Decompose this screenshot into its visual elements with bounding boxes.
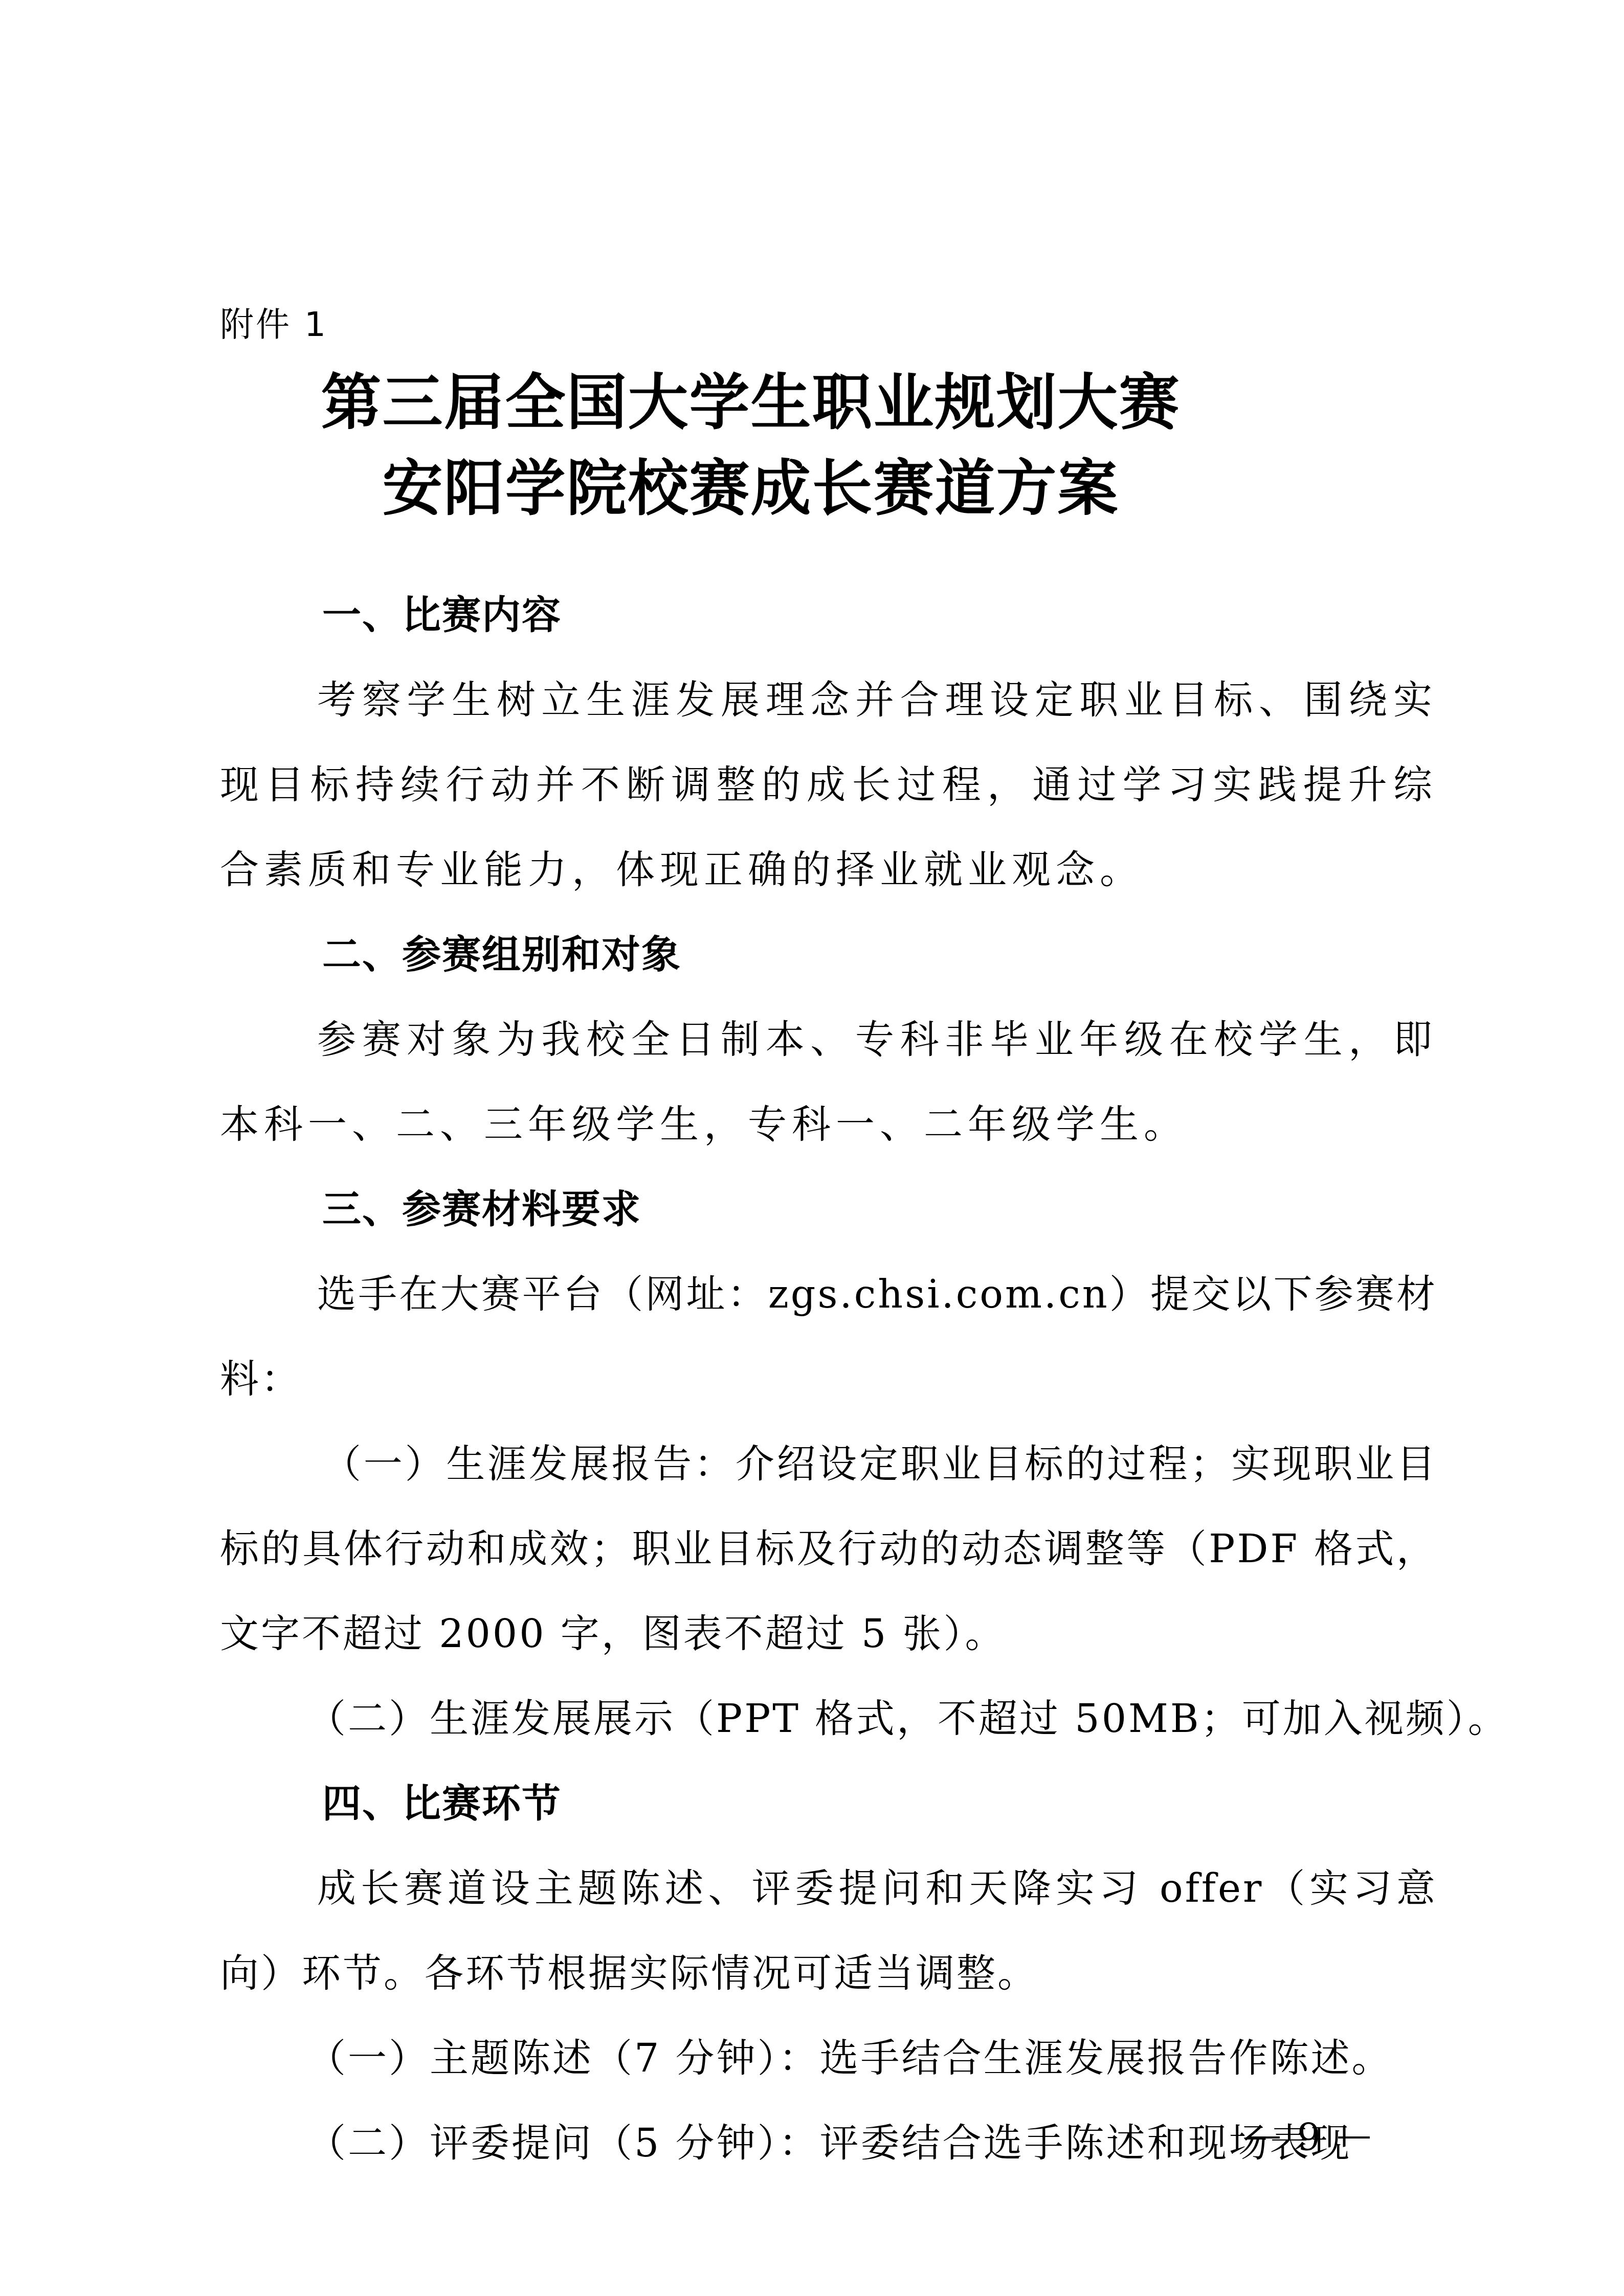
document-body: 一、比赛内容 考察学生树立生涯发展理念并合理设定职业目标、围绕实现目标持续行动并… (220, 573, 1437, 2186)
attachment-label: 附件 1 (220, 302, 328, 348)
page-number-value: 9 (1297, 2114, 1321, 2160)
section-paragraph: 选手在大赛平台（网址：zgs.chsi.com.cn）提交以下参赛材料： (220, 1252, 1437, 1422)
document-title-line-2: 安阳学院校赛成长赛道方案 (0, 450, 1563, 527)
material-item-report: （一）生涯发展报告：介绍设定职业目标的过程；实现职业目标的具体行动和成效；职业目… (220, 1422, 1437, 1676)
section-heading-materials: 三、参赛材料要求 (220, 1167, 1437, 1252)
page-number-dash-right (1338, 2136, 1370, 2139)
section-paragraph: 考察学生树立生涯发展理念并合理设定职业目标、围绕实现目标持续行动并不断调整的成长… (220, 658, 1437, 912)
page-number: 9 (1248, 2114, 1370, 2160)
document-page: 附件 1 第三届全国大学生职业规划大赛 安阳学院校赛成长赛道方案 一、比赛内容 … (0, 0, 1624, 2296)
page-number-dash-left (1248, 2136, 1280, 2139)
stage-item-presentation: （一）主题陈述（7 分钟）：选手结合生涯发展报告作陈述。 (220, 2016, 1437, 2101)
section-heading-groups: 二、参赛组别和对象 (220, 912, 1437, 997)
section-paragraph: 成长赛道设主题陈述、评委提问和天降实习 offer（实习意向）环节。各环节根据实… (220, 1846, 1437, 2016)
section-paragraph: 参赛对象为我校全日制本、专科非毕业年级在校学生，即本科一、二、三年级学生，专科一… (220, 997, 1437, 1167)
document-title-line-1: 第三届全国大学生职业规划大赛 (0, 364, 1563, 441)
section-heading-content: 一、比赛内容 (220, 573, 1437, 658)
section-heading-stages: 四、比赛环节 (220, 1761, 1437, 1846)
material-item-presentation: （二）生涯发展展示（PPT 格式，不超过 50MB；可加入视频）。 (220, 1676, 1437, 1761)
